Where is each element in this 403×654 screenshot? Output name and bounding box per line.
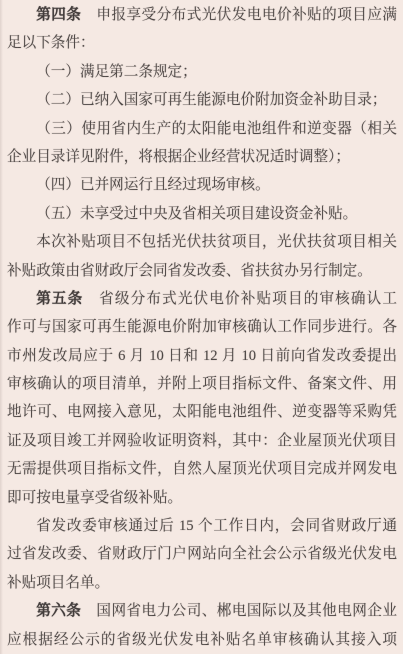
- text-line: （五）未享受过中央及省相关项目建设资金补贴。: [7, 200, 397, 228]
- text-line: 补贴政策由省财政厅会同省发改委、省扶贫办另行制定。: [7, 257, 397, 285]
- text-line: 审核确认的项目清单，并附上项目指标文件、备案文件、用: [7, 370, 397, 398]
- text-run: 市州发改局应于 6 月 10 日和 12 月 10 日前向省发改委提出: [7, 348, 397, 364]
- text-line: 本次补贴项目不包括光伏扶贫项目，光伏扶贫项目相关: [7, 228, 397, 256]
- text-run: 国网省电力公司、郴电国际以及其他电网企业: [81, 603, 397, 619]
- text-line: （二）已纳入国家可再生能源电价附加资金补助目录；: [7, 86, 397, 114]
- text-run: 补贴项目名单。: [7, 575, 109, 591]
- text-run: 应根据经公示的省级光伏发电补贴名单审核确认其接入项: [7, 632, 397, 648]
- text-line: （一）满足第二条规定；: [7, 58, 397, 86]
- text-run: 省级分布式光伏电价补贴项目的审核确认工: [83, 291, 397, 307]
- text-run: 申报享受分布式光伏发电电价补贴的项目应满: [81, 7, 397, 23]
- text-line: 第四条 申报享受分布式光伏发电电价补贴的项目应满: [7, 1, 397, 29]
- text-line: 市州发改局应于 6 月 10 日和 12 月 10 日前向省发改委提出: [7, 342, 397, 370]
- text-line: 证及项目竣工并网验收证明资料，其中：企业屋顶光伏项目: [7, 427, 397, 455]
- article-number: 第四条: [36, 7, 81, 23]
- text-run: 作可与国家可再生能源电价附加审核确认工作同步进行。各: [7, 319, 397, 335]
- text-run: （五）未享受过中央及省相关项目建设资金补贴。: [36, 206, 357, 222]
- text-line: 足以下条件：: [7, 29, 397, 57]
- text-run: （三）使用省内生产的太阳能电池组件和逆变器（相关: [36, 121, 397, 137]
- text-line: 第五条 省级分布式光伏电价补贴项目的审核确认工: [7, 285, 397, 313]
- text-line: 省发改委审核通过后 15 个工作日内，会同省财政厅通: [7, 512, 397, 540]
- text-run: 地许可、电网接入意见，太阳能电池组件、逆变器等采购凭: [7, 404, 397, 420]
- text-run: （一）满足第二条规定；: [36, 64, 197, 80]
- text-line: 补贴项目名单。: [7, 569, 397, 597]
- text-run: （四）已并网运行且经过现场审核。: [36, 177, 270, 193]
- article-number: 第六条: [36, 603, 81, 619]
- text-line: 即可按电量享受省级补贴。: [7, 484, 397, 512]
- document-page: 第四条 申报享受分布式光伏发电电价补贴的项目应满足以下条件：（一）满足第二条规定…: [0, 0, 403, 654]
- text-run: 过省发改委、省财政厅门户网站向全社会公示省级光伏发电: [7, 546, 397, 562]
- text-run: 补贴政策由省财政厅会同省发改委、省扶贫办另行制定。: [7, 263, 372, 279]
- text-run: （二）已纳入国家可再生能源电价附加资金补助目录；: [36, 92, 386, 108]
- text-line: （四）已并网运行且经过现场审核。: [7, 171, 397, 199]
- text-run: 企业目录详见附件，将根据企业经营状况适时调整）；: [7, 149, 350, 165]
- text-line: 无需提供项目指标文件，自然人屋顶光伏项目完成并网发电: [7, 455, 397, 483]
- text-run: 无需提供项目指标文件，自然人屋顶光伏项目完成并网发电: [7, 461, 397, 477]
- text-line: 过省发改委、省财政厅门户网站向全社会公示省级光伏发电: [7, 540, 397, 568]
- text-line: （三）使用省内生产的太阳能电池组件和逆变器（相关: [7, 115, 397, 143]
- text-run: 即可按电量享受省级补贴。: [7, 490, 182, 506]
- text-run: 足以下条件：: [7, 35, 95, 51]
- text-run: 本次补贴项目不包括光伏扶贫项目，光伏扶贫项目相关: [36, 234, 397, 250]
- text-run: 审核确认的项目清单，并附上项目指标文件、备案文件、用: [7, 376, 397, 392]
- text-line: 第六条 国网省电力公司、郴电国际以及其他电网企业: [7, 597, 397, 625]
- document-body: 第四条 申报享受分布式光伏发电电价补贴的项目应满足以下条件：（一）满足第二条规定…: [0, 0, 403, 654]
- text-line: 企业目录详见附件，将根据企业经营状况适时调整）；: [7, 143, 397, 171]
- text-line: 作可与国家可再生能源电价附加审核确认工作同步进行。各: [7, 313, 397, 341]
- article-number: 第五条: [36, 291, 83, 307]
- text-line: 应根据经公示的省级光伏发电补贴名单审核确认其接入项: [7, 626, 397, 654]
- text-run: 证及项目竣工并网验收证明资料，其中：企业屋顶光伏项目: [7, 433, 397, 449]
- text-run: 省发改委审核通过后 15 个工作日内，会同省财政厅通: [36, 518, 397, 534]
- text-line: 地许可、电网接入意见，太阳能电池组件、逆变器等采购凭: [7, 398, 397, 426]
